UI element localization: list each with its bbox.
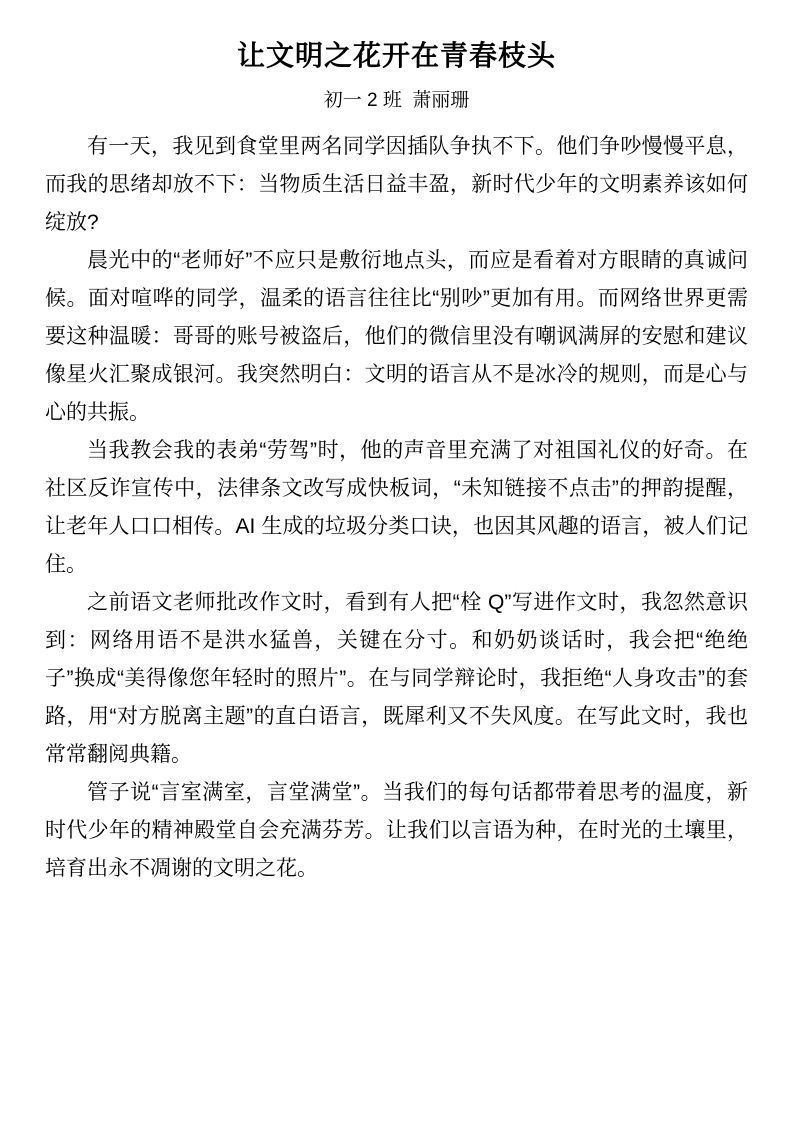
essay-paragraph: 有一天，我见到食堂里两名同学因插队争执不下。他们争吵慢慢平息，而我的思绪却放不下… [45, 128, 748, 242]
byline-class: 初一 2 班 [324, 90, 402, 111]
essay-paragraph: 管子说“言室满室，言堂满堂”。当我们的每句话都带着思考的温度，新时代少年的精神殿… [45, 774, 748, 888]
essay-body: 有一天，我见到食堂里两名同学因插队争执不下。他们争吵慢慢平息，而我的思绪却放不下… [45, 128, 748, 888]
essay-title: 让文明之花开在青春枝头 [45, 36, 748, 76]
essay-paragraph: 晨光中的“老师好”不应只是敷衍地点头，而应是看着对方眼睛的真诚问候。面对喧哗的同… [45, 242, 748, 432]
document-page: 让文明之花开在青春枝头 初一 2 班萧丽珊 有一天，我见到食堂里两名同学因插队争… [0, 0, 793, 1135]
byline-author: 萧丽珊 [412, 90, 469, 111]
byline: 初一 2 班萧丽珊 [45, 88, 748, 114]
essay-paragraph: 当我教会我的表弟“劳驾”时，他的声音里充满了对祖国礼仪的好奇。在社区反诈宣传中，… [45, 432, 748, 584]
essay-paragraph: 之前语文老师批改作文时，看到有人把“栓 Q”写进作文时，我忽然意识到：网络用语不… [45, 584, 748, 774]
